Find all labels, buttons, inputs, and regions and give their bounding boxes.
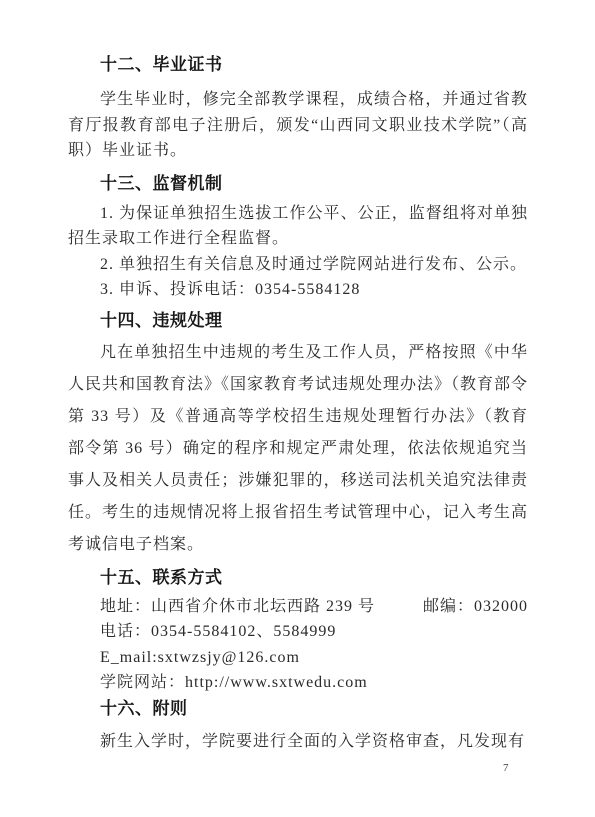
paragraph-graduation-certificate: 学生毕业时，修完全部教学课程，成绩合格，并通过省教育厅报教育部电子注册后，颁发“… — [68, 87, 528, 164]
page-number: 7 — [503, 761, 509, 775]
section-heading-contact-info: 十五、联系方式 — [68, 568, 528, 588]
paragraph-violation-handling: 凡在单独招生中违规的考生及工作人员，严格按照《中华人民共和国教育法》《国家教育考… — [68, 337, 528, 561]
section-heading-supervision-mechanism: 十三、监督机制 — [68, 174, 528, 194]
list-item-supervision-1: 1. 为保证单独招生选拔工作公平、公正，监督组将对单独招生录取工作进行全程监督。 — [68, 201, 528, 252]
section-violation-handling: 十四、违规处理 凡在单独招生中违规的考生及工作人员，严格按照《中华人民共和国教育… — [68, 311, 528, 561]
section-supervision-mechanism: 十三、监督机制 1. 为保证单独招生选拔工作公平、公正，监督组将对单独招生录取工… — [68, 174, 528, 303]
section-contact-info: 十五、联系方式 地址：山西省介休市北坛西路 239 号 邮编：032000 电话… — [68, 568, 528, 696]
contact-postcode: 邮编：032000 — [423, 594, 528, 620]
list-item-supervision-2: 2. 单独招生有关信息及时通过学院网站进行发布、公示。 — [68, 252, 528, 278]
document-page: 十二、毕业证书 学生毕业时，修完全部教学课程，成绩合格，并通过省教育厅报教育部电… — [0, 0, 595, 817]
section-heading-graduation-certificate: 十二、毕业证书 — [68, 55, 528, 75]
paragraph-supplementary-provisions: 新生入学时，学院要进行全面的入学资格审查，凡发现有 — [68, 729, 528, 755]
section-heading-violation-handling: 十四、违规处理 — [68, 311, 528, 331]
contact-row-address: 地址：山西省介休市北坛西路 239 号 邮编：032000 — [100, 594, 528, 620]
section-heading-supplementary-provisions: 十六、附则 — [68, 699, 528, 719]
section-graduation-certificate: 十二、毕业证书 学生毕业时，修完全部教学课程，成绩合格，并通过省教育厅报教育部电… — [68, 55, 528, 164]
list-item-supervision-3: 3. 申诉、投诉电话：0354-5584128 — [68, 277, 528, 303]
contact-block: 地址：山西省介休市北坛西路 239 号 邮编：032000 电话：0354-55… — [68, 594, 528, 696]
contact-address: 地址：山西省介休市北坛西路 239 号 — [100, 594, 375, 620]
section-supplementary-provisions: 十六、附则 新生入学时，学院要进行全面的入学资格审查，凡发现有 — [68, 699, 528, 755]
supervision-item-list: 1. 为保证单独招生选拔工作公平、公正，监督组将对单独招生录取工作进行全程监督。… — [68, 201, 528, 303]
contact-phone: 电话：0354-5584102、5584999 — [100, 619, 528, 645]
contact-website: 学院网站：http://www.sxtwedu.com — [100, 670, 528, 696]
contact-email: E_mail:sxtwzsjy@126.com — [100, 645, 528, 671]
